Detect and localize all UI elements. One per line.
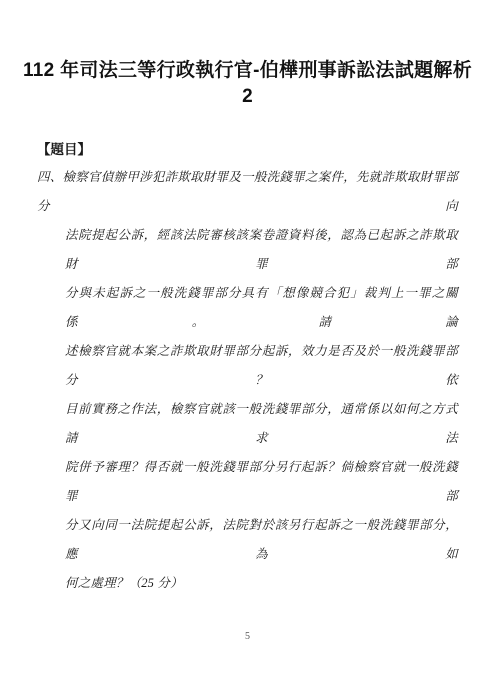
page-title: 112 年司法三等行政執行官-伯樺刑事訴訟法試題解析 2 — [18, 58, 477, 110]
question-line: 述檢察官就本案之詐欺取財罪部分起訴，效力是否及於一般洗錢罪部分？依 — [65, 337, 458, 395]
question-line: 何之處理？（25 分） — [65, 569, 458, 598]
question-line: 分與未起訴之一般洗錢罪部分具有「想像競合犯」裁判上一罪之關係。請論 — [65, 279, 458, 337]
question-line: 四、檢察官偵辦甲涉犯詐欺取財罪及一般洗錢罪之案件，先就詐欺取財罪部分向 — [37, 163, 458, 221]
document-page: 112 年司法三等行政執行官-伯樺刑事訴訟法試題解析 2 【題目】 四、檢察官偵… — [0, 0, 495, 700]
question-line: 目前實務之作法，檢察官就該一般洗錢罪部分，通常係以如何之方式請求法 — [65, 395, 458, 453]
question-line: 院併予審理？得否就一般洗錢罪部分另行起訴？倘檢察官就一般洗錢罪部 — [65, 453, 458, 511]
question-paragraph: 四、檢察官偵辦甲涉犯詐欺取財罪及一般洗錢罪之案件，先就詐欺取財罪部分向法院提起公… — [65, 163, 458, 598]
page-number: 5 — [0, 630, 495, 644]
question-line: 法院提起公訴，經該法院審核該案卷證資料後，認為已起訴之詐欺取財罪部 — [65, 221, 458, 279]
section-label: 【題目】 — [37, 141, 458, 159]
question-line: 分又向同一法院提起公訴，法院對於該另行起訴之一般洗錢罪部分，應為如 — [65, 511, 458, 569]
